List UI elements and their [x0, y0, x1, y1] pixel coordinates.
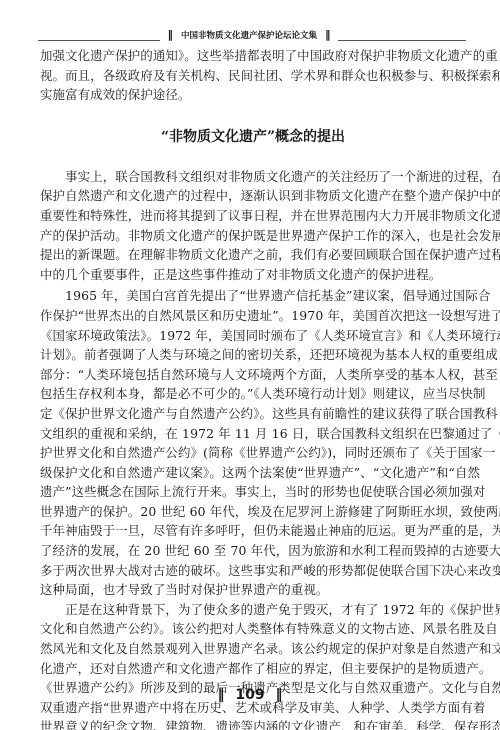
- text-line: 提出的新课题。在理解非物质文化遗产之前，我们有必要回顾联合国在保护遗产过程: [40, 245, 466, 265]
- paragraph-1: 事实上，联合国教科文组织对非物质文化遗产的关注经历了一个渐进的过程，在 保护自然…: [40, 167, 466, 285]
- text-line: 护世界文化和自然遗产公约》(简称《世界遗产公约》)，同时还颁布了《关于国家一: [40, 443, 466, 463]
- text-line: 计划》。前者强调了人类与环境之间的密切关系，还把环境视为基本人权的重要组成: [40, 345, 466, 365]
- footer-mark-left: ‖: [218, 687, 225, 703]
- text-line: 定《保护世界文化遗产与自然遗产公约》。这些具有前瞻性的建议获得了联合国教科: [40, 404, 466, 424]
- text-line: 包括生存权利本身，都是必不可少的。”《人类环境行动计划》则建议，应当尽快制: [40, 384, 466, 404]
- text-line: 多于两次世界大战对古迹的破坏。这些事实和严峻的形势都促使联合国下决心来改变: [40, 561, 466, 581]
- header-mark-right: ‖: [325, 28, 331, 41]
- footer-mark-right: ‖: [275, 687, 282, 703]
- text-line: 级保护文化和自然遗产建议案》。这两个法案使“世界遗产”、“文化遗产”和“自然: [40, 463, 466, 483]
- running-title-text: 中国非物质文化遗产保护论坛论文集: [181, 31, 317, 41]
- text-line: 千年神庙毁于一旦，尽管有许多呼吁，但仍未能遏止神庙的厄运。更为严重的是，为: [40, 521, 466, 541]
- text-line: 保护自然遗产和文化遗产的过程中，逐渐认识到非物质文化遗产在整个遗产保护中的: [40, 186, 466, 206]
- section-title: “非物质文化遗产”概念的提出: [40, 127, 466, 147]
- text-line: 文化和自然遗产公约》。该公约把对人类整体有特殊意义的文物古迹、风景名胜及自: [40, 619, 466, 639]
- text-line: 视。而且，各级政府及有关机构、民间社团、学术界和群众也积极参与、积极探索和: [40, 66, 466, 86]
- text-line: 中的几个重要事件，正是这些事件推动了对非物质文化遗产的保护进程。: [40, 265, 466, 285]
- text-line: 1965 年，美国白宫首先提出了“世界遗产信托基金”建议案，倡导通过国际合: [40, 286, 466, 306]
- paragraph-3: 正是在这种背景下，为了使众多的遗产免于毁灭，才有了 1972 年的《保护世界 文…: [40, 600, 466, 730]
- text-line: 实施富有成效的保护途径。: [40, 85, 466, 105]
- text-line: 这种局面，也才导致了当时对保护世界遗产的重视。: [40, 580, 466, 600]
- text-line: 加强文化遗产保护的通知》。这些举措都表明了中国政府对保护非物质文化遗产的重: [40, 46, 466, 66]
- text-line: 《国家环境政策法》。1972 年，美国同时颁布了《人类环境宣言》和《人类环境行动: [40, 326, 466, 346]
- text-line: 了经济的发展，在 20 世纪 60 至 70 年代，因为旅游和水利工程而毁掉的古…: [40, 541, 466, 561]
- header-rule-left: [38, 40, 160, 41]
- page-number: 109: [235, 687, 264, 703]
- text-line: 然风光和文化及自然景观列入世界遗产名录。该公约规定的保护对象是自然遗产和文: [40, 639, 466, 659]
- page-footer: ‖ 109 ‖: [0, 687, 500, 703]
- text-line: 遗产”这些概念在国际上流行开来。事实上，当时的形势也促使联合国必须加强对: [40, 482, 466, 502]
- text-line: 化遗产，还对自然遗产和文化遗产都作了相应的界定，但主要保护的是物质遗产。: [40, 659, 466, 679]
- running-header: ‖ 中国非物质文化遗产保护论坛论文集 ‖: [38, 29, 466, 41]
- text-line: 文组织的重视和采纳，在 1972 年 11 月 16 日，联合国教科文组织在巴黎…: [40, 424, 466, 444]
- text-line: 世界意义的纪念文物、建筑物、遗迹等内涵的文化遗产，和在审美、科学、保存形态: [40, 717, 466, 730]
- intro-paragraph: 加强文化遗产保护的通知》。这些举措都表明了中国政府对保护非物质文化遗产的重 视。…: [40, 46, 466, 105]
- paragraph-2: 1965 年，美国白宫首先提出了“世界遗产信托基金”建议案，倡导通过国际合 作保…: [40, 286, 466, 600]
- text-line: 作保护“世界杰出的自然风景区和历史遗址”。1970 年，美国首次把这一设想写进了: [40, 306, 466, 326]
- page-body: 加强文化遗产保护的通知》。这些举措都表明了中国政府对保护非物质文化遗产的重 视。…: [40, 46, 466, 730]
- running-title: ‖ 中国非物质文化遗产保护论坛论文集 ‖: [160, 29, 338, 42]
- text-line: 重要性和特殊性，进而将其提到了议事日程，并在世界范围内大力开展非物质文化遗: [40, 206, 466, 226]
- text-line: 正是在这种背景下，为了使众多的遗产免于毁灭，才有了 1972 年的《保护世界: [40, 600, 466, 620]
- text-line: 部分：“人类环境包括自然环境与人文环境两个方面，人类所享受的基本人权，甚至: [40, 365, 466, 385]
- header-rule-right: [338, 40, 466, 41]
- text-line: 产的保护活动。非物质文化遗产的保护既是世界遗产保护工作的深入，也是社会发展: [40, 226, 466, 246]
- text-line: 世界遗产的保护。20 世纪 60 年代，埃及在尼罗河上游修建了阿斯旺水坝，致使两…: [40, 502, 466, 522]
- header-mark-left: ‖: [168, 28, 174, 41]
- text-line: 事实上，联合国教科文组织对非物质文化遗产的关注经历了一个渐进的过程，在: [40, 167, 466, 187]
